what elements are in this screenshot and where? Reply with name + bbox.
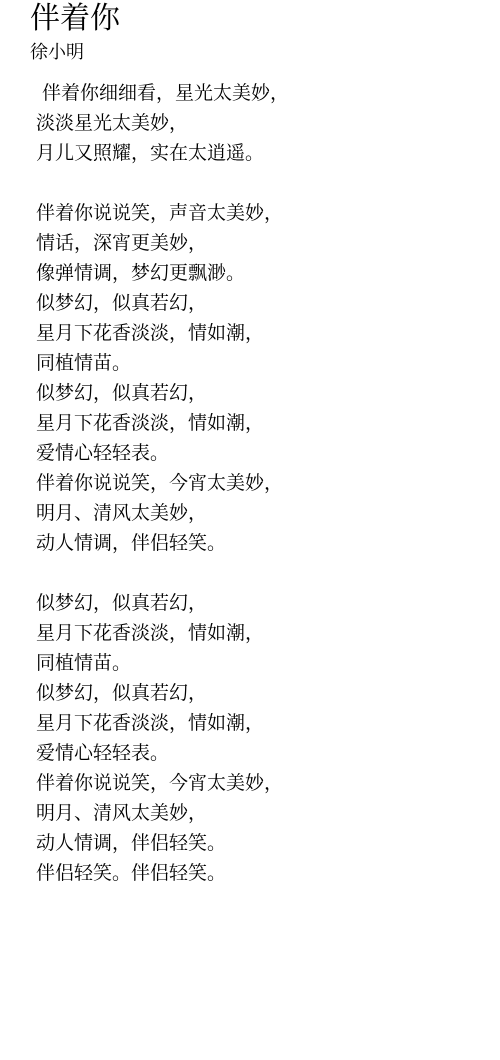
lyric-line: 情话，深宵更美妙， — [36, 228, 289, 258]
lyric-line: 伴侣轻笑。伴侣轻笑。 — [36, 858, 289, 888]
lyric-line: 动人情调，伴侣轻笑。 — [36, 528, 289, 558]
lyric-line: 似梦幻，似真若幻， — [36, 588, 289, 618]
stanza-break — [36, 168, 289, 198]
lyric-line: 像弹情调，梦幻更飘渺。 — [36, 258, 289, 288]
lyric-line: 似梦幻，似真若幻， — [36, 288, 289, 318]
lyric-line: 动人情调，伴侣轻笑。 — [36, 828, 289, 858]
lyric-line: 同植情苗。 — [36, 648, 289, 678]
lyric-line: 爱情心轻轻表。 — [36, 438, 289, 468]
song-title: 伴着你 — [30, 0, 120, 38]
lyric-line: 月儿又照耀，实在太逍遥。 — [36, 138, 289, 168]
lyric-line: 星月下花香淡淡，情如潮， — [36, 708, 289, 738]
song-artist: 徐小明 — [30, 40, 84, 66]
lyric-line: 爱情心轻轻表。 — [36, 738, 289, 768]
stanza-break — [36, 558, 289, 588]
lyric-line: 明月、清风太美妙， — [36, 798, 289, 828]
lyric-line: 星月下花香淡淡，情如潮， — [36, 408, 289, 438]
lyric-line: 伴着你说说笑，今宵太美妙， — [36, 468, 289, 498]
lyric-line: 似梦幻，似真若幻， — [36, 678, 289, 708]
lyric-line: 似梦幻，似真若幻， — [36, 378, 289, 408]
lyric-line: 淡淡星光太美妙， — [36, 108, 289, 138]
lyric-line: 同植情苗。 — [36, 348, 289, 378]
lyric-line: 星月下花香淡淡，情如潮， — [36, 318, 289, 348]
lyric-line: 伴着你说说笑，声音太美妙， — [36, 198, 289, 228]
lyric-line: 星月下花香淡淡，情如潮， — [36, 618, 289, 648]
lyrics-body: 伴着你细细看，星光太美妙， 淡淡星光太美妙， 月儿又照耀，实在太逍遥。 伴着你说… — [36, 78, 289, 888]
lyric-line: 伴着你细细看，星光太美妙， — [36, 78, 289, 108]
lyric-line: 伴着你说说笑，今宵太美妙， — [36, 768, 289, 798]
lyric-line: 明月、清风太美妙， — [36, 498, 289, 528]
